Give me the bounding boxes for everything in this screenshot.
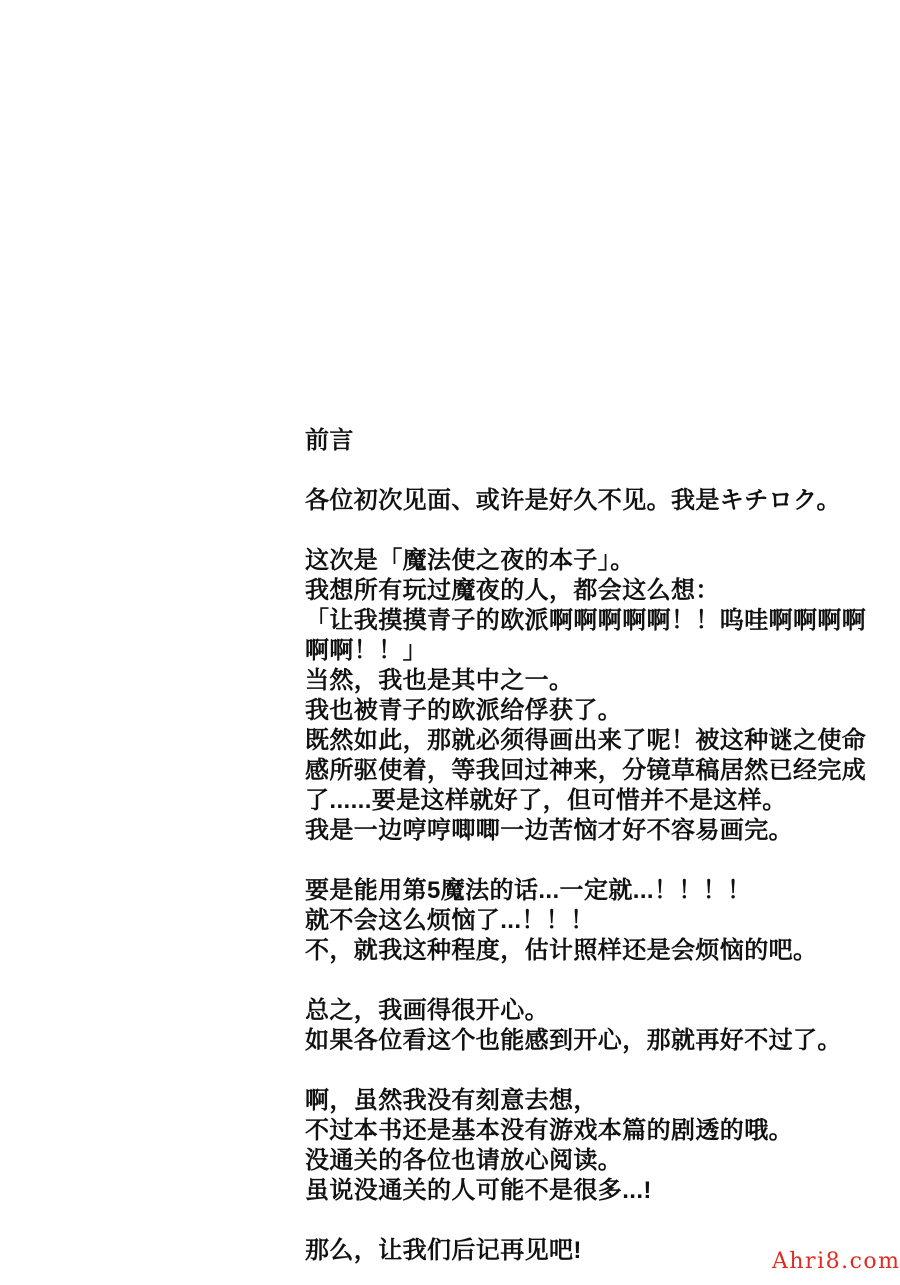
text-line: 没通关的各位也请放心阅读。 — [305, 1146, 885, 1176]
text-line: 总之，我画得很开心。 — [305, 996, 885, 1026]
blank-line — [305, 1206, 885, 1236]
text-line: 啊啊！！」 — [305, 636, 885, 666]
text-line: 这次是「魔法使之夜的本子」。 — [305, 546, 885, 576]
text-line: 我也被青子的欧派给俘获了。 — [305, 696, 885, 726]
watermark: Ahri8.com — [772, 1249, 900, 1274]
preface-text: 前言 各位初次见面、或许是好久不见。我是キチロク。 这次是「魔法使之夜的本子」。… — [305, 426, 885, 1266]
text-line: 虽说没通关的人可能不是很多...! — [305, 1176, 885, 1206]
blank-line — [305, 516, 885, 546]
text-line: 既然如此，那就必须得画出来了呢！被这种谜之使命 — [305, 726, 885, 756]
text-line: 要是能用第5魔法的话...一定就...！！！！ — [305, 876, 885, 906]
text-line: 我是一边哼哼唧唧一边苦恼才好不容易画完。 — [305, 816, 885, 846]
text-line: 我想所有玩过魔夜的人，都会这么想： — [305, 576, 885, 606]
text-line: 啊，虽然我没有刻意去想， — [305, 1086, 885, 1116]
blank-line — [305, 966, 885, 996]
page-title: 前言 — [305, 426, 885, 456]
text-line: 当然，我也是其中之一。 — [305, 666, 885, 696]
preface-page: 前言 各位初次见面、或许是好久不见。我是キチロク。 这次是「魔法使之夜的本子」。… — [0, 0, 900, 1285]
text-line: 就不会这么烦恼了...！！！ — [305, 906, 885, 936]
text-line: 不，就我这种程度，估计照样还是会烦恼的吧。 — [305, 936, 885, 966]
text-line: 了......要是这样就好了，但可惜并不是这样。 — [305, 786, 885, 816]
text-line: 「让我摸摸青子的欧派啊啊啊啊啊！！呜哇啊啊啊啊 — [305, 606, 885, 636]
text-line: 感所驱使着，等我回过神来，分镜草稿居然已经完成 — [305, 756, 885, 786]
blank-line — [305, 456, 885, 486]
text-line: 如果各位看这个也能感到开心，那就再好不过了。 — [305, 1026, 885, 1056]
blank-line — [305, 1056, 885, 1086]
text-line: 各位初次见面、或许是好久不见。我是キチロク。 — [305, 486, 885, 516]
blank-line — [305, 846, 885, 876]
text-line: 不过本书还是基本没有游戏本篇的剧透的哦。 — [305, 1116, 885, 1146]
